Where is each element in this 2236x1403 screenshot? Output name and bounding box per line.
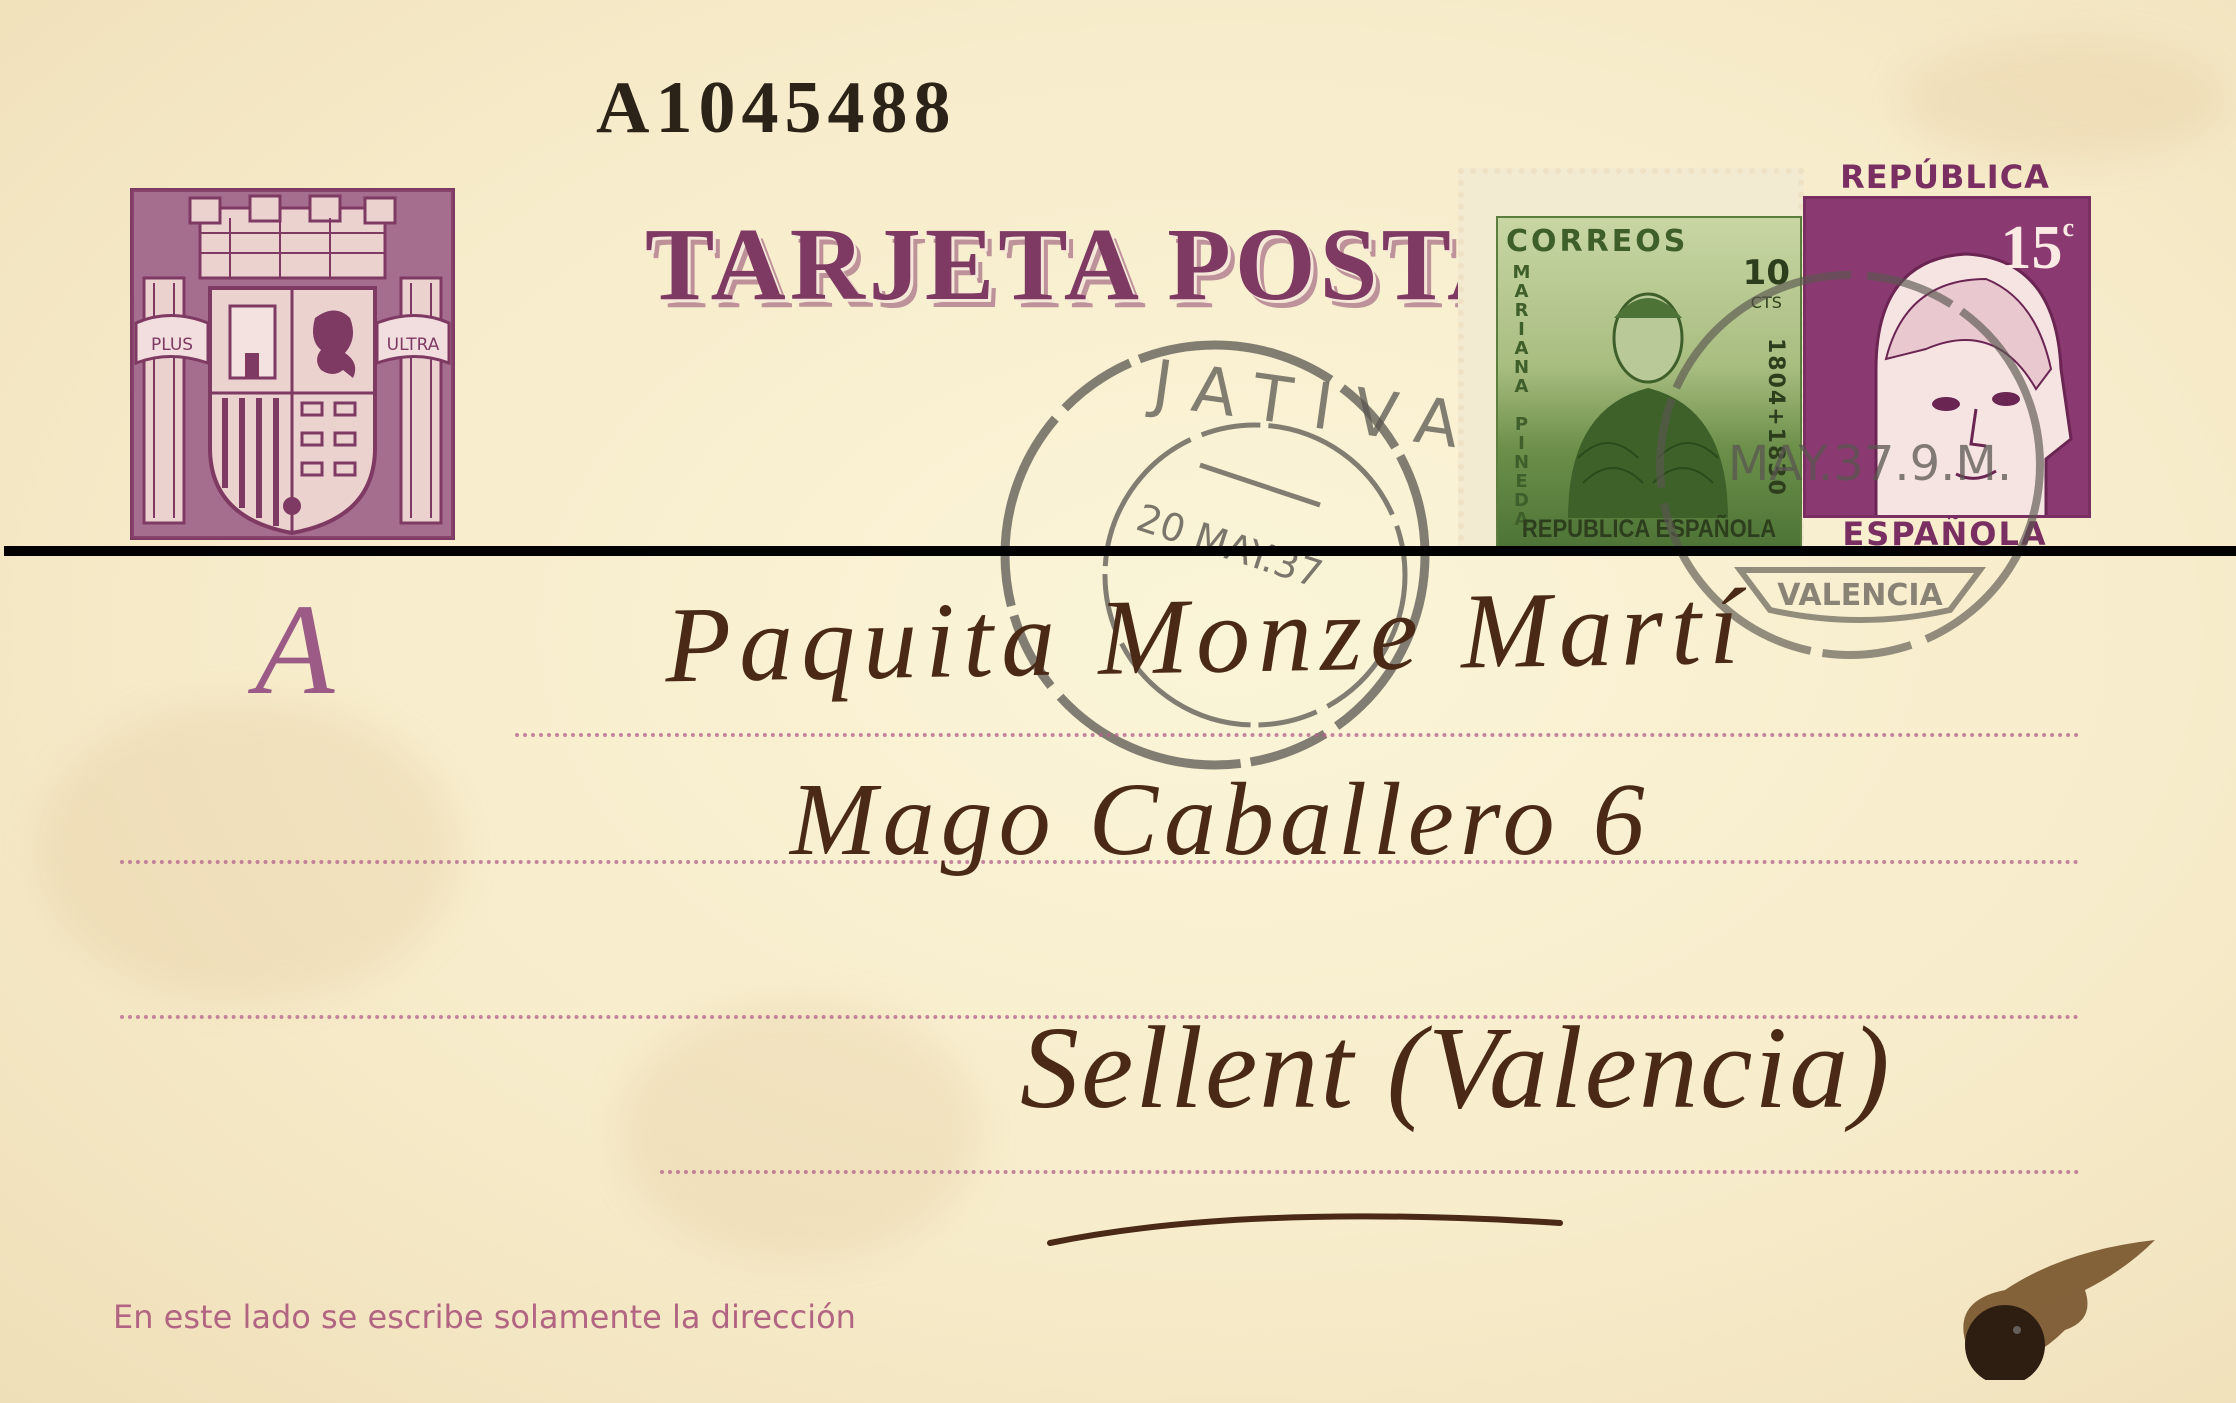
svg-text:ULTRA: ULTRA (387, 335, 440, 355)
svg-text:PLUS: PLUS (151, 335, 193, 355)
paper-stain (40, 700, 460, 1000)
paper-stain (1900, 40, 2220, 160)
stamp-header: CORREOS (1506, 224, 1688, 259)
handwritten-underline (1045, 1208, 1565, 1248)
stamp-vertical-name: MARIANA PINEDA (1508, 262, 1532, 528)
svg-text:MAY.37.9.M.: MAY.37.9.M. (1728, 436, 2012, 492)
address-line-1 (515, 733, 2080, 737)
svg-text:JATIVA: JATIVA (1144, 347, 1485, 467)
divider-line (4, 546, 2236, 556)
coat-of-arms-emblem: PLUS ULTRA (130, 188, 455, 540)
address-line-4 (660, 1170, 2080, 1174)
card-title: TARJETA POSTAL (645, 205, 1465, 335)
svg-text:VALENCIA: VALENCIA (1777, 578, 1943, 613)
serial-number: A1045488 (596, 66, 956, 151)
recipient-city: Sellent (Valencia) (1020, 1000, 1892, 1136)
indicium-value: 15c (2000, 213, 2074, 284)
indicium-top-text: REPÚBLICA (1795, 158, 2095, 196)
recipient-name: Paquita Monze Martí (664, 566, 1748, 709)
address-prefix: A (255, 575, 334, 725)
ink-blot (1925, 1210, 2185, 1380)
coat-of-arms-icon: PLUS ULTRA (130, 188, 455, 540)
recipient-street: Mago Caballero 6 (790, 760, 1651, 879)
footer-instruction: En este lado se escribe solamente la dir… (113, 1298, 856, 1336)
postcard: A1045488 PLUS ULTRA (0, 0, 2236, 1403)
paper-stain (620, 1000, 980, 1260)
